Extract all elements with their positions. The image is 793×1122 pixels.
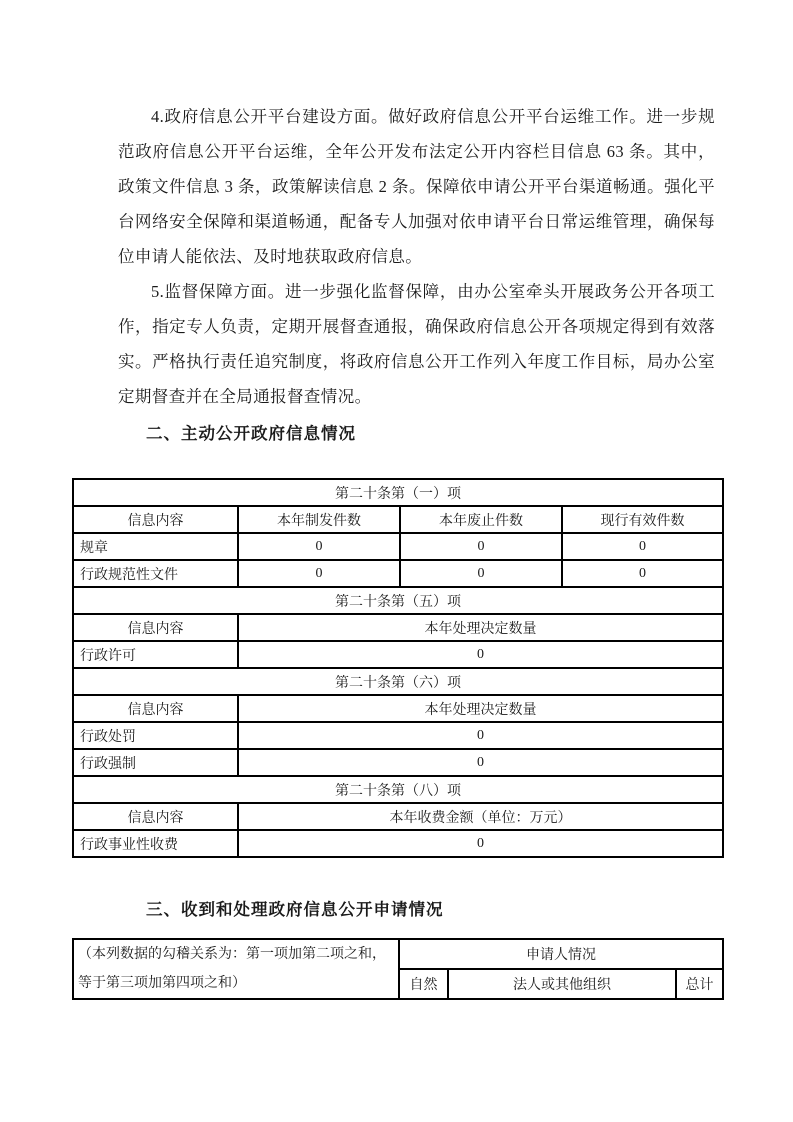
column-header: 本年处理决定数量: [238, 614, 723, 641]
row-label: 行政强制: [73, 749, 238, 776]
table-row: 第二十条第（一）项: [73, 479, 723, 506]
column-header: 现行有效件数: [562, 506, 723, 533]
column-header: 本年制发件数: [238, 506, 400, 533]
row-label: 行政事业性收费: [73, 830, 238, 857]
document-page: 4.政府信息公开平台建设方面。做好政府信息公开平台运维工作。进一步规范政府信息公…: [0, 0, 793, 1122]
column-header-natural-person: 自然: [399, 969, 448, 999]
note-cell: （本列数据的勾稽关系为：第一项加第二项之和，等于第三项加第四项之和）: [73, 939, 399, 999]
table-section-title: 第二十条第（六）项: [73, 668, 723, 695]
paragraph-platform-construction: 4.政府信息公开平台建设方面。做好政府信息公开平台运维工作。进一步规范政府信息公…: [118, 99, 715, 274]
column-header: 信息内容: [73, 614, 238, 641]
requests-table: （本列数据的勾稽关系为：第一项加第二项之和，等于第三项加第四项之和） 申请人情况…: [72, 938, 724, 1000]
cell-value: 0: [238, 722, 723, 749]
cell-value: 0: [562, 560, 723, 587]
row-label: 行政规范性文件: [73, 560, 238, 587]
cell-value: 0: [238, 560, 400, 587]
column-header: 信息内容: [73, 803, 238, 830]
cell-value: 0: [238, 830, 723, 857]
table-row: 行政规范性文件 0 0 0: [73, 560, 723, 587]
table-row: 信息内容 本年收费金额（单位：万元）: [73, 803, 723, 830]
row-label: 行政许可: [73, 641, 238, 668]
table-section-title: 第二十条第（一）项: [73, 479, 723, 506]
cell-value: 0: [238, 749, 723, 776]
cell-value: 0: [238, 533, 400, 560]
table-section-title: 第二十条第（五）项: [73, 587, 723, 614]
column-header-legal-person: 法人或其他组织: [448, 969, 676, 999]
column-header: 信息内容: [73, 695, 238, 722]
row-label: 行政处罚: [73, 722, 238, 749]
table-row: 信息内容 本年制发件数 本年废止件数 现行有效件数: [73, 506, 723, 533]
table-row: 行政处罚 0: [73, 722, 723, 749]
cell-value: 0: [238, 641, 723, 668]
cell-value: 0: [400, 533, 562, 560]
table-row: 第二十条第（六）项: [73, 668, 723, 695]
column-header: 信息内容: [73, 506, 238, 533]
table-row: 行政强制 0: [73, 749, 723, 776]
group-header-applicant: 申请人情况: [399, 939, 723, 969]
table-row: 第二十条第（八）项: [73, 776, 723, 803]
cell-value: 0: [400, 560, 562, 587]
column-header: 本年废止件数: [400, 506, 562, 533]
cell-value: 0: [562, 533, 723, 560]
section-heading-requests-handling: 三、收到和处理政府信息公开申请情况: [146, 896, 444, 920]
proactive-disclosure-table: 第二十条第（一）项 信息内容 本年制发件数 本年废止件数 现行有效件数 规章 0…: [72, 478, 724, 858]
column-header: 本年处理决定数量: [238, 695, 723, 722]
table-row: 行政许可 0: [73, 641, 723, 668]
table-row: （本列数据的勾稽关系为：第一项加第二项之和，等于第三项加第四项之和） 申请人情况: [73, 939, 723, 969]
section-heading-proactive-disclosure: 二、主动公开政府信息情况: [146, 420, 356, 444]
table-row: 规章 0 0 0: [73, 533, 723, 560]
table-section-title: 第二十条第（八）项: [73, 776, 723, 803]
column-header-total: 总计: [676, 969, 723, 999]
body-text-block: 4.政府信息公开平台建设方面。做好政府信息公开平台运维工作。进一步规范政府信息公…: [118, 99, 715, 414]
table-row: 信息内容 本年处理决定数量: [73, 695, 723, 722]
table-row: 行政事业性收费 0: [73, 830, 723, 857]
paragraph-supervision-guarantee: 5.监督保障方面。进一步强化监督保障，由办公室牵头开展政务公开各项工作，指定专人…: [118, 274, 715, 414]
column-header: 本年收费金额（单位：万元）: [238, 803, 723, 830]
table-row: 第二十条第（五）项: [73, 587, 723, 614]
table-row: 信息内容 本年处理决定数量: [73, 614, 723, 641]
row-label: 规章: [73, 533, 238, 560]
